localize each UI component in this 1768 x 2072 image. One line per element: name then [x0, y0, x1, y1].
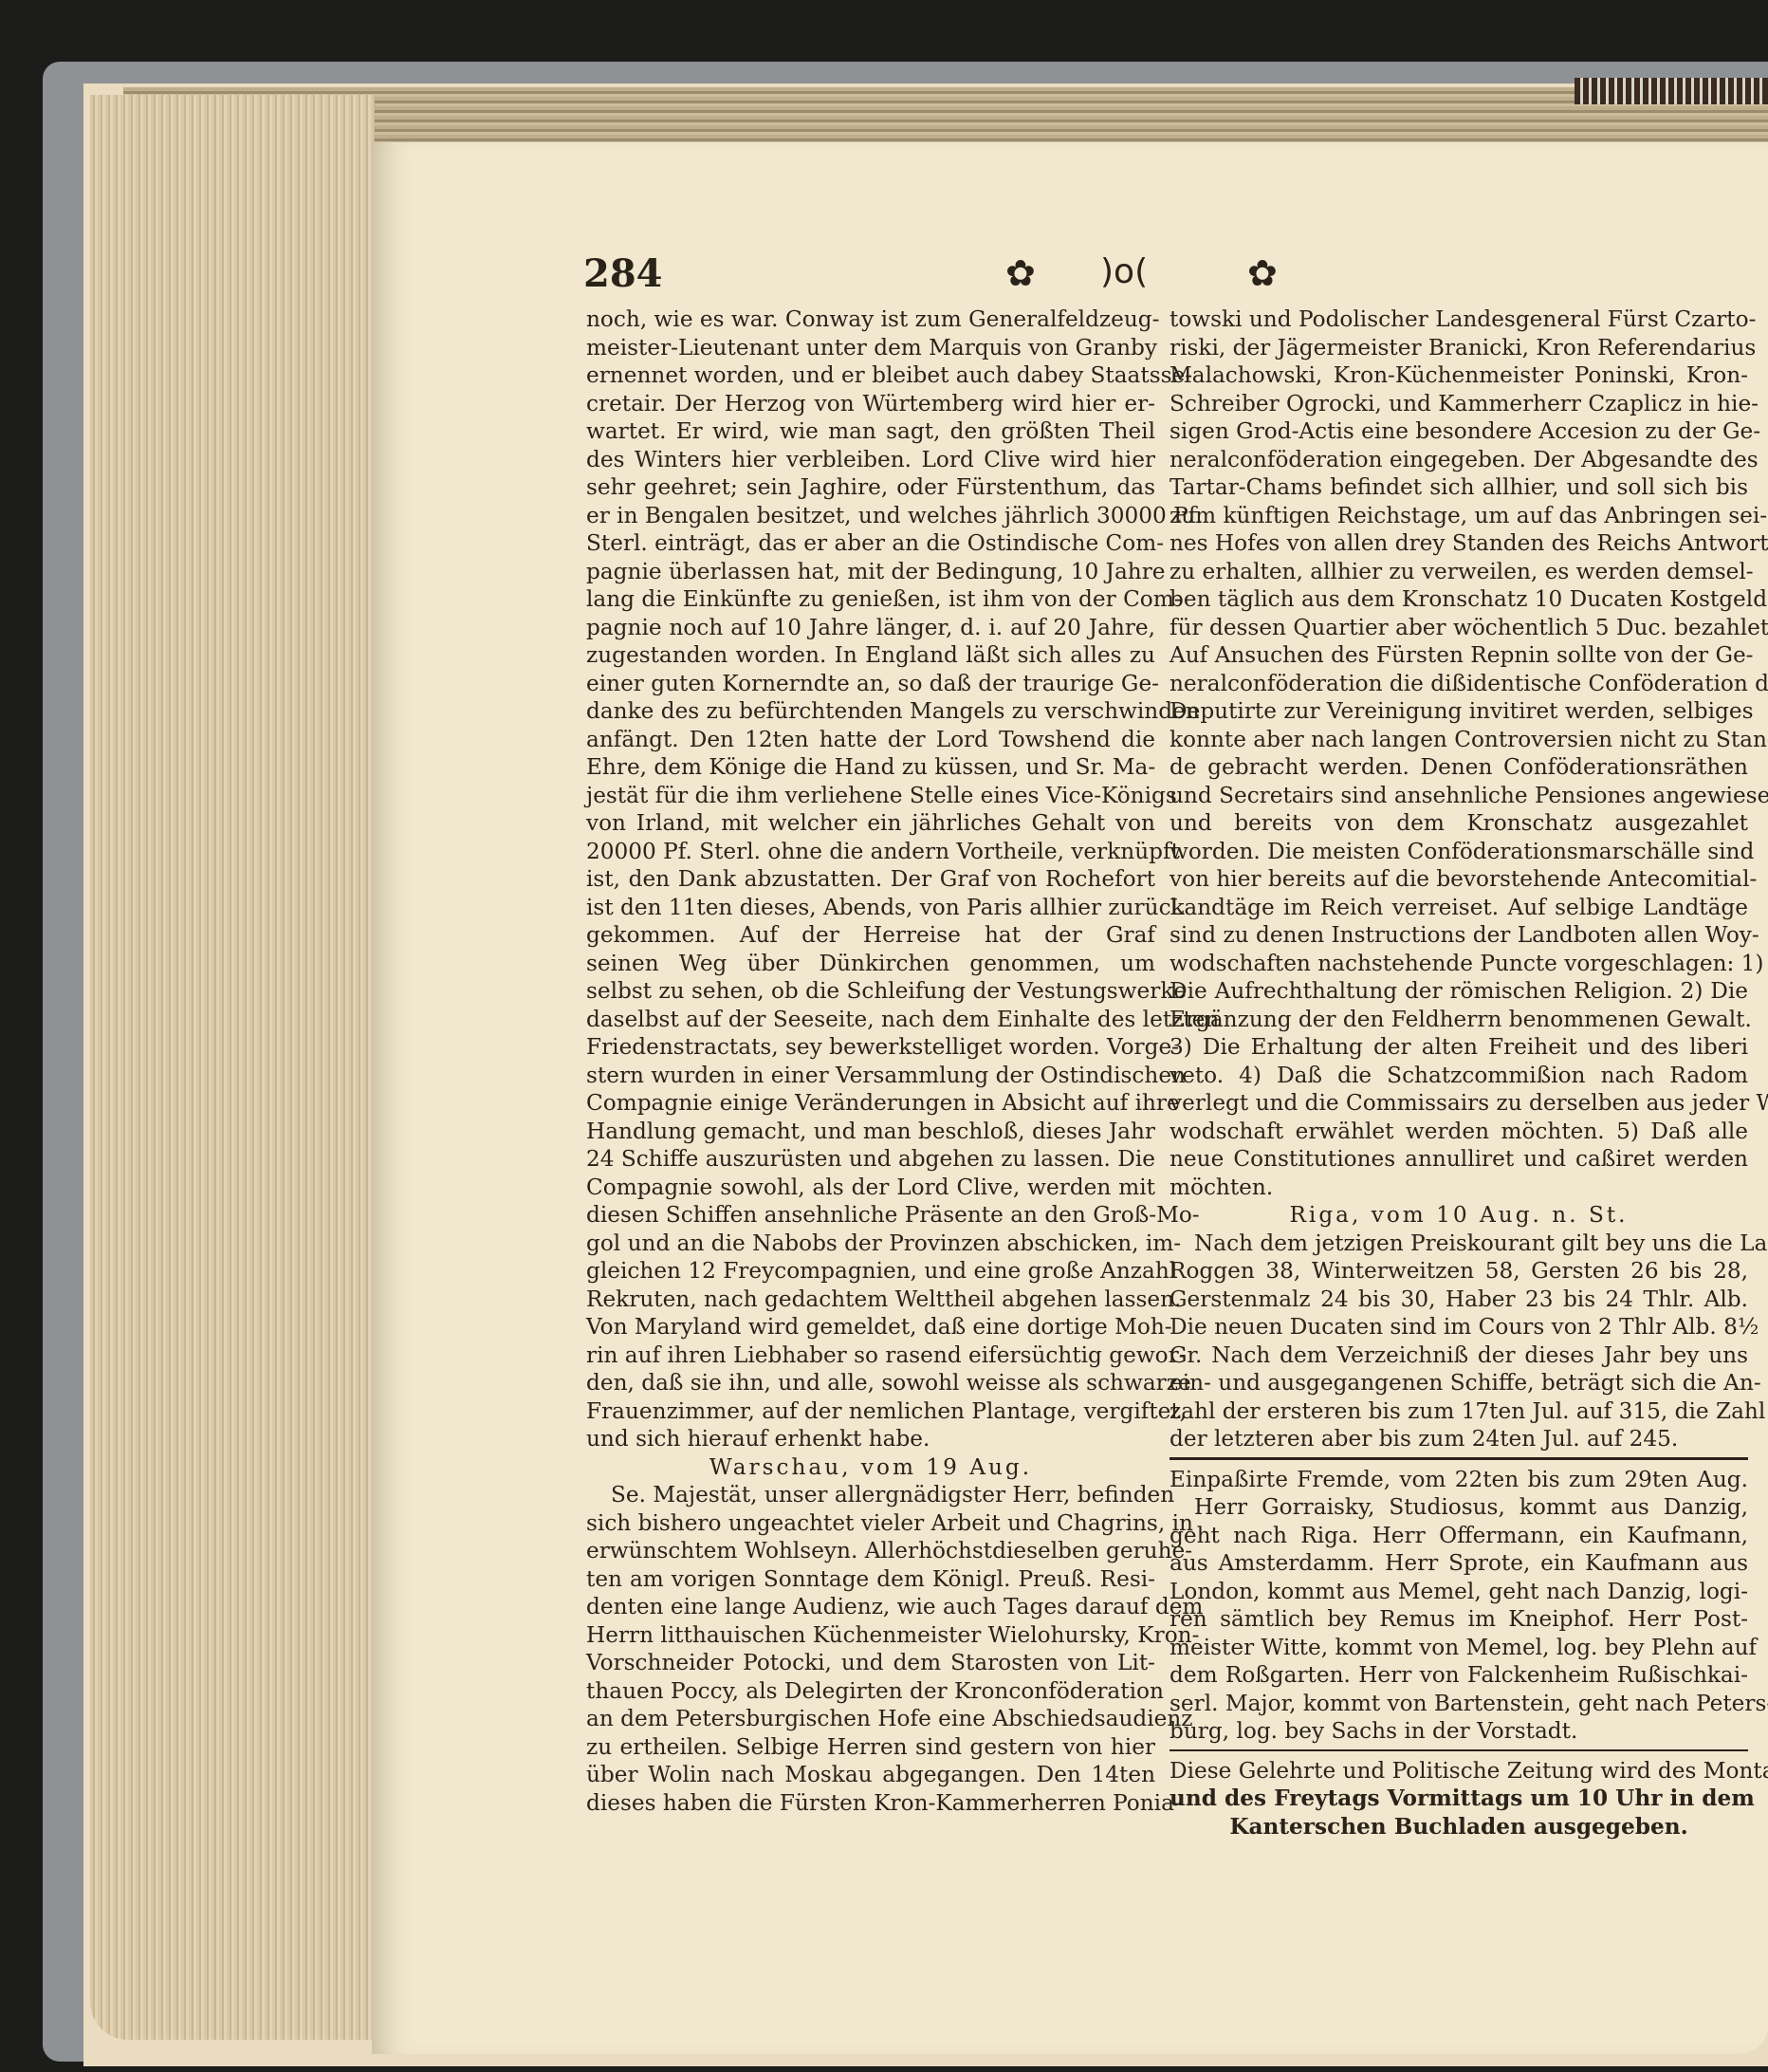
text-line: diesen Schiffen ansehnliche Präsente an … — [586, 1201, 1155, 1230]
text-line: ist, den Dank abzustatten. Der Graf von … — [586, 865, 1155, 894]
text-line: Compagnie sowohl, als der Lord Clive, we… — [586, 1174, 1155, 1202]
imprint: Diese Gelehrte und Politische Zeitung wi… — [1169, 1757, 1748, 1841]
text-line: Deputirte zur Vereinigung invitiret werd… — [1169, 697, 1748, 726]
warschau-report-continued: towski und Podolischer Landesgeneral Für… — [1169, 305, 1748, 1201]
imprint-line: Diese Gelehrte und Politische Zeitung wi… — [1169, 1757, 1748, 1785]
text-line: ren sämtlich bey Remus im Kneiphof. Herr… — [1169, 1605, 1748, 1634]
text-line: Schreiber Ogrocki, und Kammerherr Czapli… — [1169, 390, 1748, 418]
text-line: thauen Poccy, als Delegirten der Kroncon… — [586, 1677, 1155, 1706]
text-line: Ergänzung der den Feldherrn benommenen G… — [1169, 1006, 1748, 1034]
text-line: Die Aufrechthaltung der römischen Religi… — [1169, 977, 1748, 1006]
text-line: einer guten Kornerndte an, so daß der tr… — [586, 670, 1155, 698]
text-line: zu erhalten, allhier zu verweilen, es we… — [1169, 558, 1748, 586]
imprint-line: und des Freytags Vormittags um 10 Uhr in… — [1169, 1785, 1748, 1813]
text-line: zugestanden worden. In England läßt sich… — [586, 641, 1155, 670]
text-line: Ehre, dem Könige die Hand zu küssen, und… — [586, 753, 1155, 782]
text-line: Handlung gemacht, und man beschloß, dies… — [586, 1118, 1155, 1146]
left-column: noch, wie es war. Conway ist zum General… — [586, 305, 1155, 1817]
dateline-warschau: Warschau, vom 19 Aug. — [586, 1453, 1155, 1482]
text-line: konnte aber nach langen Controversien ni… — [1169, 726, 1748, 754]
text-line: und sich hierauf erhenkt habe. — [586, 1425, 1155, 1453]
text-line: zum künftigen Reichstage, um auf das Anb… — [1169, 502, 1748, 530]
text-line: de gebracht werden. Denen Conföderations… — [1169, 753, 1748, 782]
text-line: Malachowski, Kron-Küchenmeister Poninski… — [1169, 361, 1748, 390]
text-line: meister Witte, kommt von Memel, log. bey… — [1169, 1634, 1748, 1662]
text-line: für dessen Quartier aber wöchentlich 5 D… — [1169, 614, 1748, 642]
text-line: noch, wie es war. Conway ist zum General… — [586, 305, 1155, 334]
text-line: Nach dem jetzigen Preiskourant gilt bey … — [1169, 1230, 1748, 1258]
text-line: ten am vorigen Sonntage dem Königl. Preu… — [586, 1565, 1155, 1594]
text-line: gleichen 12 Freycompagnien, und eine gro… — [586, 1257, 1155, 1286]
text-line: ernennet worden, und er bleibet auch dab… — [586, 361, 1155, 390]
text-line: Rekruten, nach gedachtem Welttheil abgeh… — [586, 1286, 1155, 1314]
dateline-riga: Riga, vom 10 Aug. n. St. — [1169, 1201, 1748, 1230]
text-line: gol und an die Nabobs der Provinzen absc… — [586, 1230, 1155, 1258]
text-line: Von Maryland wird gemeldet, daß eine dor… — [586, 1313, 1155, 1341]
text-line: zahl der ersteren bis zum 17ten Jul. auf… — [1169, 1397, 1748, 1426]
text-line: daselbst auf der Seeseite, nach dem Einh… — [586, 1006, 1155, 1034]
text-line: neralconföderation die dißidentische Con… — [1169, 670, 1748, 698]
text-line: möchten. — [1169, 1174, 1748, 1202]
text-line: lang die Einkünfte zu genießen, ist ihm … — [586, 585, 1155, 614]
text-line: denten eine lange Audienz, wie auch Tage… — [586, 1593, 1155, 1621]
section-divider — [1169, 1749, 1748, 1751]
text-line: Compagnie einige Veränderungen in Absich… — [586, 1089, 1155, 1118]
text-line: aus Amsterdamm. Herr Sprote, ein Kaufman… — [1169, 1549, 1748, 1578]
text-line: an dem Petersburgischen Hofe eine Abschi… — [586, 1705, 1155, 1733]
shell-ornament-icon: ✿ — [1005, 255, 1036, 291]
page-header: 284 ✿ )o( ✿ — [583, 251, 1768, 308]
text-line: dem Roßgarten. Herr von Falckenheim Rußi… — [1169, 1661, 1748, 1690]
text-line: Auf Ansuchen des Fürsten Repnin sollte v… — [1169, 641, 1748, 670]
text-line: dieses haben die Fürsten Kron-Kammerherr… — [586, 1789, 1155, 1818]
text-line: Friedenstractats, sey bewerkstelliget wo… — [586, 1033, 1155, 1062]
text-line: gekommen. Auf der Herreise hat der Graf — [586, 921, 1155, 950]
text-line: ein- und ausgegangenen Schiffe, beträgt … — [1169, 1369, 1748, 1397]
text-line: anfängt. Den 12ten hatte der Lord Towshe… — [586, 726, 1155, 754]
text-line: den, daß sie ihn, und alle, sowohl weiss… — [586, 1369, 1155, 1397]
text-line: pagnie noch auf 10 Jahre länger, d. i. a… — [586, 614, 1155, 642]
text-line: nes Hofes von allen drey Standen des Rei… — [1169, 529, 1748, 558]
text-line: 3) Die Erhaltung der alten Freiheit und … — [1169, 1033, 1748, 1062]
text-line: Gr. Nach dem Verzeichniß der dieses Jahr… — [1169, 1341, 1748, 1370]
text-line: seinen Weg über Dünkirchen genommen, um — [586, 950, 1155, 978]
text-line: Gerstenmalz 24 bis 30, Haber 23 bis 24 T… — [1169, 1286, 1748, 1314]
text-line: erwünschtem Wohlseyn. Allerhöchstdieselb… — [586, 1537, 1155, 1565]
shell-ornament-icon: ✿ — [1247, 255, 1278, 291]
text-line: wodschaft erwählet werden möchten. 5) Da… — [1169, 1118, 1748, 1146]
text-line: über Wolin nach Moskau abgegangen. Den 1… — [586, 1761, 1155, 1789]
text-line: danke des zu befürchtenden Mangels zu ve… — [586, 697, 1155, 726]
text-line: verlegt und die Commissairs zu derselben… — [1169, 1089, 1748, 1118]
text-line: von hier bereits auf die bevorstehende A… — [1169, 865, 1748, 894]
text-line: London, kommt aus Memel, geht nach Danzi… — [1169, 1578, 1748, 1606]
text-line: riski, der Jägermeister Branicki, Kron R… — [1169, 334, 1748, 362]
text-line: 24 Schiffe auszurüsten und abgehen zu la… — [586, 1145, 1155, 1174]
text-line: Landtäge im Reich verreiset. Auf selbige… — [1169, 894, 1748, 922]
text-line: veto. 4) Daß die Schatzcommißion nach Ra… — [1169, 1062, 1748, 1090]
warschau-report: Warschau, vom 19 Aug. Se. Majestät, unse… — [586, 1453, 1155, 1818]
text-line: Herrn litthauischen Küchenmeister Wieloh… — [586, 1621, 1155, 1650]
imprint-line: Kanterschen Buchladen ausgegeben. — [1169, 1813, 1748, 1841]
text-line: Roggen 38, Winterweitzen 58, Gersten 26 … — [1169, 1257, 1748, 1286]
text-line: serl. Major, kommt von Bartenstein, geht… — [1169, 1690, 1748, 1718]
text-line: rin auf ihren Liebhaber so rasend eifers… — [586, 1341, 1155, 1370]
text-line: von Irland, mit welcher ein jährliches G… — [586, 809, 1155, 838]
text-line: jestät für die ihm verliehene Stelle ein… — [586, 782, 1155, 810]
text-line: Frauenzimmer, auf der nemlichen Plantage… — [586, 1397, 1155, 1426]
section-divider — [1169, 1457, 1748, 1460]
text-line: Vorschneider Potocki, und dem Starosten … — [586, 1649, 1155, 1677]
binding-stitch — [1575, 78, 1768, 104]
text-line: sich bishero ungeachtet vieler Arbeit un… — [586, 1509, 1155, 1538]
text-line: cretair. Der Herzog von Würtemberg wird … — [586, 390, 1155, 418]
text-line: Sterl. einträgt, das er aber an die Osti… — [586, 529, 1155, 558]
text-line: wodschaften nachstehende Puncte vorgesch… — [1169, 950, 1748, 978]
london-report: noch, wie es war. Conway ist zum General… — [586, 305, 1155, 1453]
text-line: pagnie überlassen hat, mit der Bedingung… — [586, 558, 1155, 586]
text-line: und bereits von dem Kronschatz ausgezahl… — [1169, 809, 1748, 838]
text-line: sigen Grod-Actis eine besondere Accesion… — [1169, 417, 1748, 446]
text-line: towski und Podolischer Landesgeneral Für… — [1169, 305, 1748, 334]
text-line: Se. Majestät, unser allergnädigster Herr… — [586, 1481, 1155, 1509]
text-line: des Winters hier verbleiben. Lord Clive … — [586, 446, 1155, 474]
text-line: ist den 11ten dieses, Abends, von Paris … — [586, 894, 1155, 922]
text-line: worden. Die meisten Conföderationsmarsch… — [1169, 838, 1748, 866]
riga-report: Riga, vom 10 Aug. n. St. Nach dem jetzig… — [1169, 1201, 1748, 1453]
text-line: selbst zu sehen, ob die Schleifung der V… — [586, 977, 1155, 1006]
page-number: 284 — [583, 251, 663, 296]
arrivals-heading: Einpaßirte Fremde, vom 22ten bis zum 29t… — [1169, 1466, 1748, 1494]
text-line: der letzteren aber bis zum 24ten Jul. au… — [1169, 1425, 1748, 1453]
text-line: sind zu denen Instructions der Landboten… — [1169, 921, 1748, 950]
text-line: neue Constitutiones annulliret und caßir… — [1169, 1145, 1748, 1174]
text-line: sehr geehret; sein Jaghire, oder Fürsten… — [586, 473, 1155, 502]
text-line: neralconföderation eingegeben. Der Abges… — [1169, 446, 1748, 474]
right-column: towski und Podolischer Landesgeneral Für… — [1169, 305, 1748, 1841]
text-line: 20000 Pf. Sterl. ohne die andern Vorthei… — [586, 838, 1155, 866]
text-line: und Secretairs sind ansehnliche Pensione… — [1169, 782, 1748, 810]
arrivals-list: Einpaßirte Fremde, vom 22ten bis zum 29t… — [1169, 1466, 1748, 1746]
left-page-edges — [90, 95, 375, 2040]
text-line: burg, log. bey Sachs in der Vorstadt. — [1169, 1717, 1748, 1746]
text-line: er in Bengalen besitzet, und welches jäh… — [586, 502, 1155, 530]
text-line: stern wurden in einer Versammlung der Os… — [586, 1062, 1155, 1090]
text-line: wartet. Er wird, wie man sagt, den größt… — [586, 417, 1155, 446]
text-line: ben täglich aus dem Kronschatz 10 Ducate… — [1169, 585, 1748, 614]
text-line: zu ertheilen. Selbige Herren sind gester… — [586, 1733, 1155, 1762]
text-line: meister-Lieutenant unter dem Marquis von… — [586, 334, 1155, 362]
ornament-center: )o( — [1100, 255, 1148, 289]
text-line: Herr Gorraisky, Studiosus, kommt aus Dan… — [1169, 1493, 1748, 1522]
text-line: Die neuen Ducaten sind im Cours von 2 Th… — [1169, 1313, 1748, 1341]
text-line: geht nach Riga. Herr Offermann, ein Kauf… — [1169, 1522, 1748, 1550]
text-line: Tartar-Chams befindet sich allhier, und … — [1169, 473, 1748, 502]
